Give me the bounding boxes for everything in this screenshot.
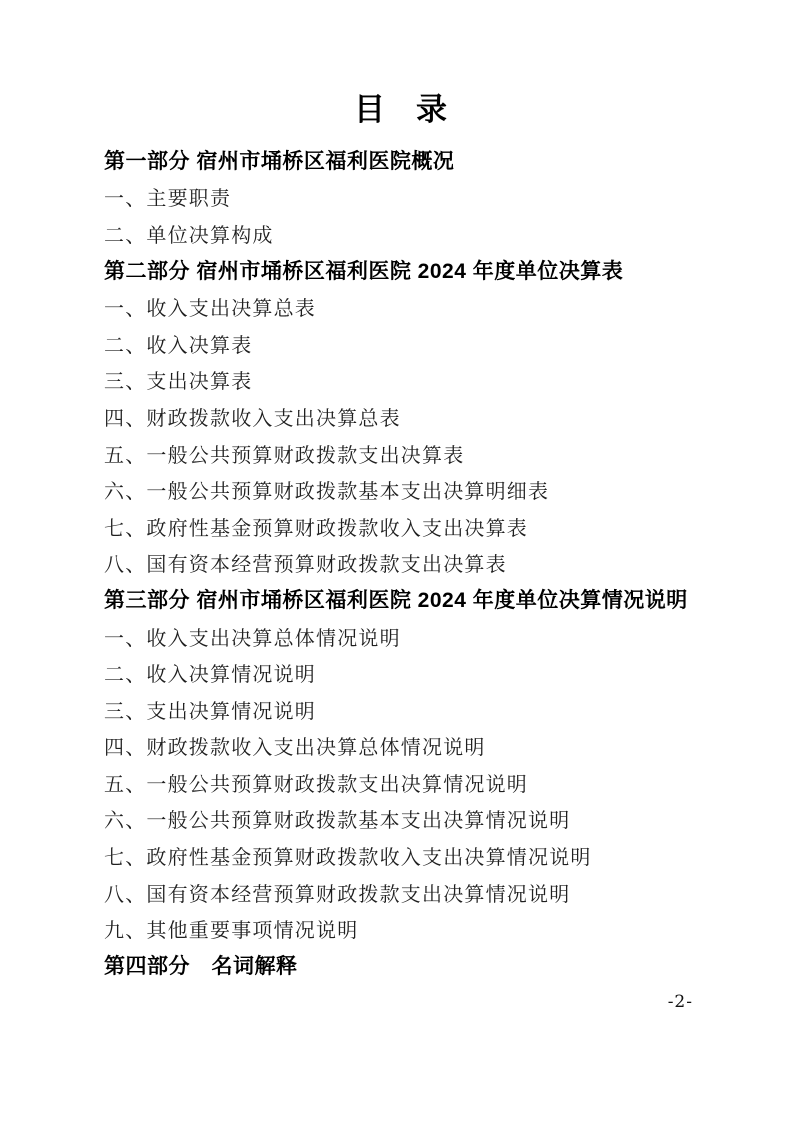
toc-item: 六、一般公共预算财政拨款基本支出决算明细表	[104, 471, 697, 508]
toc-section-heading: 第四部分 名词解释	[104, 947, 697, 984]
toc-item: 二、收入决算表	[104, 325, 697, 362]
toc-item: 八、国有资本经营预算财政拨款支出决算情况说明	[104, 874, 697, 911]
toc-item: 七、政府性基金预算财政拨款收入支出决算情况说明	[104, 837, 697, 874]
toc-item: 五、一般公共预算财政拨款支出决算表	[104, 435, 697, 472]
toc-item: 二、收入决算情况说明	[104, 654, 697, 691]
toc-list: 第一部分 宿州市埇桥区福利医院概况一、主要职责二、单位决算构成第二部分 宿州市埇…	[104, 142, 697, 984]
toc-item: 四、财政拨款收入支出决算总体情况说明	[104, 728, 697, 765]
toc-item: 二、单位决算构成	[104, 215, 697, 252]
toc-item: 六、一般公共预算财政拨款基本支出决算情况说明	[104, 801, 697, 838]
toc-section-heading: 第一部分 宿州市埇桥区福利医院概况	[104, 142, 697, 179]
toc-item: 一、收入支出决算总表	[104, 288, 697, 325]
toc-item: 三、支出决算表	[104, 362, 697, 399]
toc-item: 七、政府性基金预算财政拨款收入支出决算表	[104, 508, 697, 545]
toc-item: 九、其他重要事项情况说明	[104, 910, 697, 947]
toc-item: 一、主要职责	[104, 179, 697, 216]
toc-section-heading: 第三部分 宿州市埇桥区福利医院 2024 年度单位决算情况说明	[104, 581, 697, 618]
toc-item: 四、财政拨款收入支出决算总表	[104, 398, 697, 435]
toc-item: 五、一般公共预算财政拨款支出决算情况说明	[104, 764, 697, 801]
page-title: 目 录	[104, 86, 697, 134]
toc-item: 八、国有资本经营预算财政拨款支出决算表	[104, 545, 697, 582]
document-page: 目 录 第一部分 宿州市埇桥区福利医院概况一、主要职责二、单位决算构成第二部分 …	[0, 0, 793, 1122]
toc-item: 三、支出决算情况说明	[104, 691, 697, 728]
page-number: -2-	[668, 992, 693, 1012]
toc-section-heading: 第二部分 宿州市埇桥区福利医院 2024 年度单位决算表	[104, 252, 697, 289]
toc-item: 一、收入支出决算总体情况说明	[104, 618, 697, 655]
